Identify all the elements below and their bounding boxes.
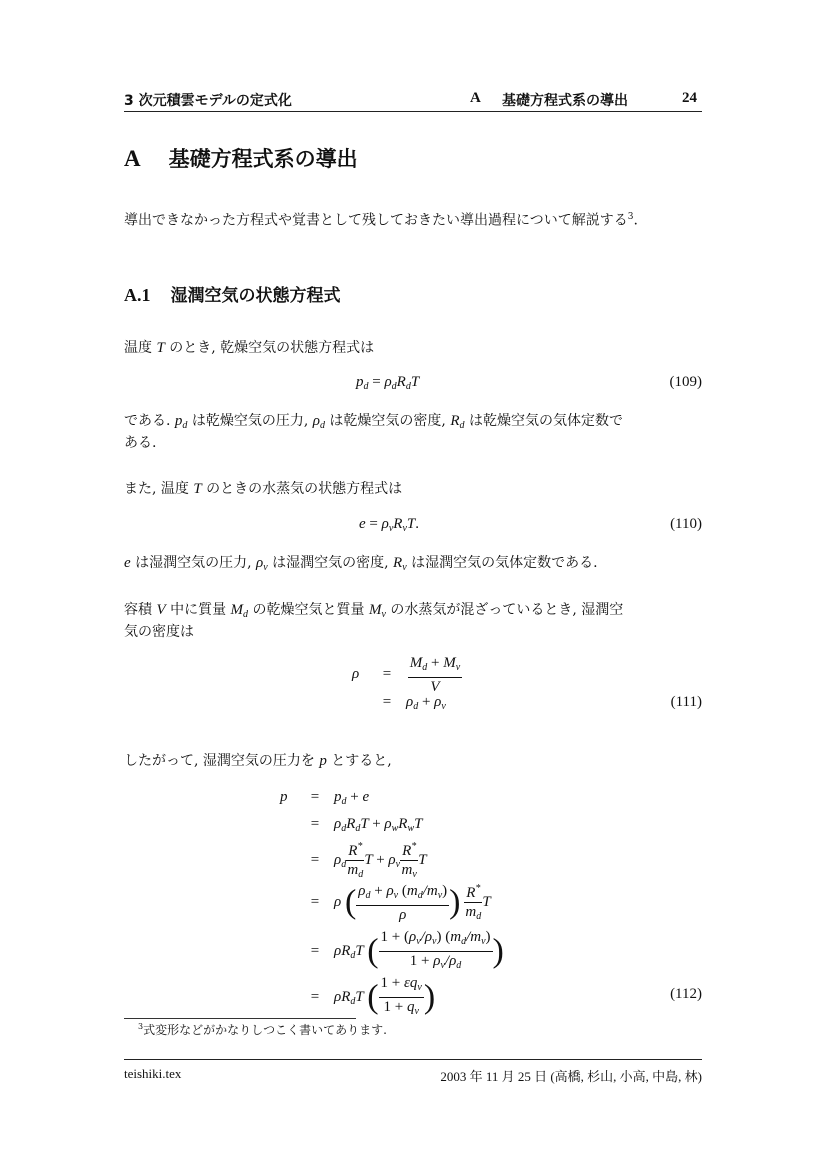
subsection-number: A.1 [124, 285, 151, 305]
text: 中に質量 [166, 602, 231, 618]
math-var: V [156, 602, 165, 618]
math-var: M [369, 602, 382, 618]
footer-filename: teishiki.tex [124, 1066, 181, 1082]
footer-rule [124, 1059, 702, 1060]
equation-112-line-1: p=pd + e [280, 789, 369, 807]
subsection-title: 湿潤空気の状態方程式 [171, 286, 341, 306]
header-rule [124, 111, 702, 112]
text: は湿潤空気の気体定数である. [407, 555, 598, 571]
text: である. [124, 413, 175, 429]
equation-111-line-2: =ρd + ρv [372, 694, 446, 712]
intro-text: 導出できなかった方程式や覚書として残しておきたい導出過程について解説する [124, 213, 628, 229]
text: また, 温度 [124, 481, 193, 497]
running-header-chapter: 3 次元積雲モデルの定式化 [124, 90, 292, 110]
math-var: R [393, 555, 402, 571]
subsection-heading: A.1湿潤空気の状態方程式 [124, 281, 341, 306]
text: とすると, [327, 753, 392, 769]
math-var: ρ [313, 413, 320, 429]
equation-number-112: (112) [670, 986, 702, 1003]
equation-112-line-4: =ρ (ρd + ρv (md/mv)ρ) R*mdT [300, 880, 491, 926]
section-title: 基礎方程式系の導出 [169, 147, 358, 171]
section-heading: A基礎方程式系の導出 [124, 143, 358, 173]
running-header-section-title: 基礎方程式系の導出 [502, 90, 628, 110]
equation-112-line-5: =ρRdT (1 + (ρv/ρv) (md/mv)1 + ρv/ρd) [300, 928, 504, 975]
equation-110: e = ρvRvT. [359, 516, 419, 534]
section-intro: 導出できなかった方程式や覚書として残しておきたい導出過程について解説する3. [124, 206, 638, 232]
text: は乾燥空気の気体定数で [465, 413, 623, 429]
paragraph-5: 容積 V 中に質量 Md の乾燥空気と質量 Mv の水蒸気が混ざっているとき, … [124, 599, 623, 626]
text: のときの水蒸気の状態方程式は [202, 481, 402, 497]
footnote-text: 式変形などがかなりしつこく書いてあります. [143, 1023, 387, 1037]
footer-date-authors: 2003 年 11 月 25 日 (高橋, 杉山, 小高, 中島, 林) [440, 1066, 702, 1085]
equation-112-line-6: =ρRdT (1 + εqv1 + qv) [300, 974, 435, 1021]
text: は乾燥空気の密度, [325, 413, 450, 429]
text: のとき, 乾燥空気の状態方程式は [165, 340, 374, 356]
equation-111-line-1: ρ= Md + MvV [352, 654, 462, 696]
text: の乾燥空気と質量 [248, 602, 369, 618]
math-var: e [124, 555, 131, 571]
equation-109: pd = ρdRdT [356, 374, 419, 392]
paragraph-5-line-2: 気の密度は [124, 621, 194, 643]
running-header-section-letter: A [470, 90, 481, 107]
intro-end: . [633, 213, 637, 229]
math-var: M [231, 602, 244, 618]
footnote-rule [124, 1018, 356, 1019]
paragraph-2: である. pd は乾燥空気の圧力, ρd は乾燥空気の密度, Rd は乾燥空気の… [124, 410, 623, 437]
section-number: A [124, 146, 141, 171]
math-var: T [156, 340, 164, 356]
text: 容積 [124, 602, 156, 618]
equation-number-110: (110) [670, 516, 702, 533]
equation-number-109: (109) [670, 374, 703, 391]
math-var: R [450, 413, 459, 429]
math-var: p [319, 753, 327, 769]
paragraph-1: 温度 T のとき, 乾燥空気の状態方程式は [124, 337, 374, 359]
page-number: 24 [682, 90, 697, 107]
paragraph-3: また, 温度 T のときの水蒸気の状態方程式は [124, 478, 402, 500]
paragraph-4: e は湿潤空気の圧力, ρv は湿潤空気の密度, Rv は湿潤空気の気体定数であ… [124, 552, 598, 579]
paragraph-6: したがって, 湿潤空気の圧力を p とすると, [124, 750, 392, 772]
text: したがって, 湿潤空気の圧力を [124, 753, 319, 769]
math-var: T [193, 481, 201, 497]
paragraph-2-line-2: ある. [124, 432, 156, 454]
text: 温度 [124, 340, 156, 356]
equation-112-line-2: =ρdRdT + ρwRwT [300, 816, 422, 834]
equation-number-111: (111) [671, 694, 702, 711]
text: は湿潤空気の密度, [268, 555, 393, 571]
text: の水蒸気が混ざっているとき, 湿潤空 [386, 602, 623, 618]
text: は乾燥空気の圧力, [187, 413, 312, 429]
footnote: 3式変形などがかなりしつこく書いてあります. [138, 1021, 387, 1038]
text: は湿潤空気の圧力, [131, 555, 256, 571]
equation-112-line-3: =ρdR*mdT + ρvR*mvT [300, 838, 427, 884]
